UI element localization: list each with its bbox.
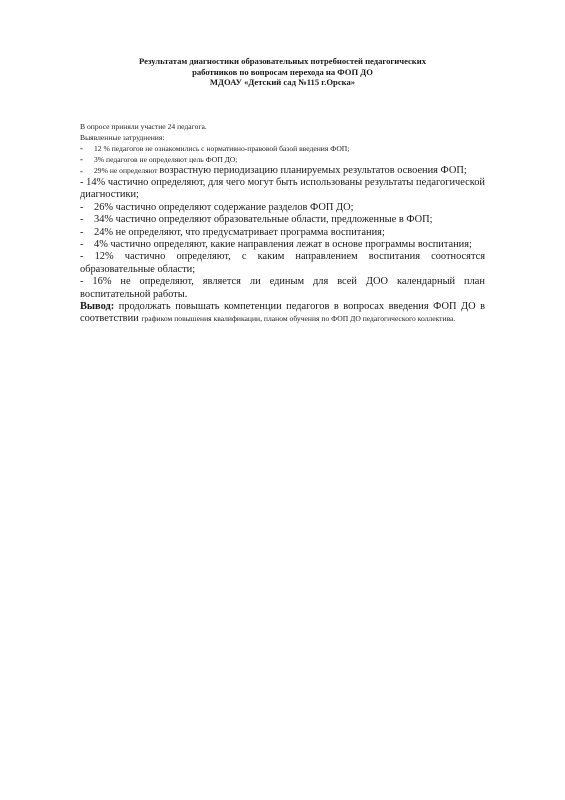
list-item-text-small: 29% не определяют (94, 166, 159, 175)
list-dash: - (80, 177, 83, 188)
conclusion: Вывод: продолжать повышать компетенции п… (80, 301, 485, 325)
list-item-text: 34% частично определяют образовательные … (94, 214, 433, 225)
list-dash: - (80, 239, 83, 251)
list-item: - 16% не определяют, является ли единым … (80, 276, 485, 301)
survey-intro: В опросе приняли участие 24 педагога. (80, 122, 485, 133)
list-item-text: 12 % педагогов не ознакомились с нормати… (94, 144, 349, 153)
document-title: Результатам диагностики образовательных … (80, 56, 485, 88)
title-line-2: работников по вопросам перехода на ФОП Д… (80, 67, 485, 78)
list-item-text: 3% педагогов не определяют цель ФОП ДО; (94, 155, 237, 164)
list-item: - 12 % педагогов не ознакомились с норма… (80, 143, 485, 154)
document-page: Результатам диагностики образовательных … (0, 0, 565, 800)
list-dash: - (80, 143, 83, 154)
list-dash: - (80, 165, 83, 177)
list-dash: - (80, 227, 83, 239)
list-dash: - (80, 251, 83, 262)
conclusion-label: Вывод: (80, 301, 114, 312)
list-item: - 14% частично определяют, для чего могу… (80, 177, 485, 202)
list-item-text: 12% частично определяют, с каким направл… (80, 251, 485, 274)
list-item: - 29% не определяют возрастную периодиза… (80, 165, 485, 177)
list-dash: - (80, 154, 83, 165)
conclusion-text-small: графиком повышения квалификации, планом … (141, 314, 455, 323)
list-item: - 26% частично определяют содержание раз… (80, 202, 485, 214)
list-item-text: 14% частично определяют, для чего могут … (80, 177, 485, 200)
list-dash: - (80, 276, 83, 287)
list-item: - 4% частично определяют, какие направле… (80, 239, 485, 251)
title-line-1: Результатам диагностики образовательных … (80, 56, 485, 67)
list-item-text: 4% частично определяют, какие направлени… (94, 239, 472, 250)
list-item-text: 24% не определяют, что предусматривает п… (94, 227, 385, 238)
difficulties-label: Выявленные затруднения: (80, 133, 485, 144)
list-item: - 12% частично определяют, с каким напра… (80, 251, 485, 276)
title-line-3: МДОАУ «Детский сад №115 г.Орска» (80, 77, 485, 88)
list-item-text: 26% частично определяют содержание разде… (94, 202, 353, 213)
list-item: - 3% педагогов не определяют цель ФОП ДО… (80, 154, 485, 165)
list-item: - 34% частично определяют образовательны… (80, 214, 485, 226)
list-dash: - (80, 202, 83, 214)
list-item-text: 16% не определяют, является ли единым дл… (80, 276, 485, 299)
list-item: - 24% не определяют, что предусматривает… (80, 227, 485, 239)
list-item-text-large: возрастную периодизацию планируемых резу… (159, 165, 466, 176)
list-dash: - (80, 214, 83, 226)
document-body: В опросе приняли участие 24 педагога. Вы… (80, 122, 485, 325)
